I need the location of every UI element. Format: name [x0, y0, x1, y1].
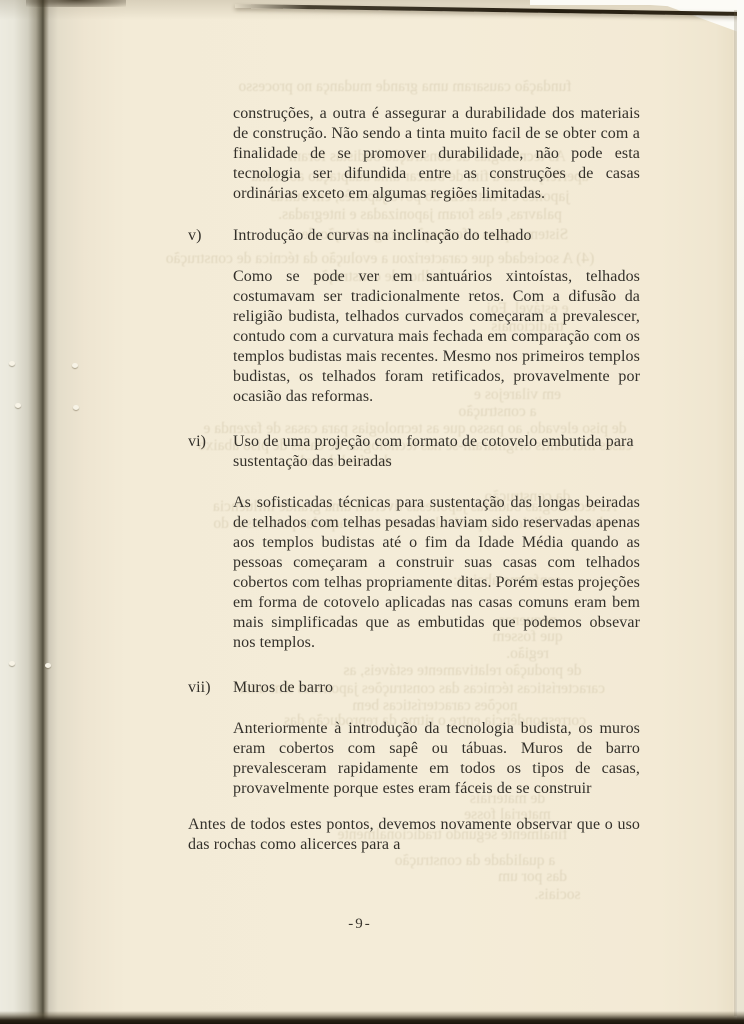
- item-content: Uso de uma projeção com formato de cotov…: [233, 432, 640, 653]
- item-content: Muros de barro Anteriormente à introduçã…: [233, 678, 640, 799]
- item-body: As sofisticadas técnicas para sustentaçã…: [233, 493, 640, 653]
- item-heading: Introdução de curvas na inclinação do te…: [233, 226, 640, 246]
- intro-paragraph: construções, a outra é assegurar a durab…: [233, 104, 640, 204]
- section-item-vi: vi) Uso de uma projeção com formato de c…: [188, 432, 640, 653]
- section-item-vii: vii) Muros de barro Anteriormente à intr…: [188, 678, 640, 799]
- section-item-v: v) Introdução de curvas na inclinação do…: [188, 226, 640, 407]
- closing-paragraph: Antes de todos estes pontos, devemos nov…: [188, 815, 640, 855]
- binding-hole: [9, 661, 15, 666]
- item-content: Introdução de curvas na inclinação do te…: [233, 226, 640, 407]
- page-right-edge: [737, 0, 744, 1024]
- binding-hole: [72, 363, 78, 368]
- ghost-line: das por um: [430, 868, 635, 886]
- binding-hole: [9, 361, 15, 366]
- item-marker: vi): [188, 432, 233, 653]
- item-heading: Uso de uma projeção com formato de cotov…: [233, 432, 640, 472]
- page-body: construções, a outra é assegurar a durab…: [188, 104, 640, 855]
- item-body: Anteriormente à introdução da tecnologia…: [233, 719, 640, 799]
- ghost-line: fundação causaram uma grande mudança no …: [170, 78, 640, 96]
- binding-hole: [73, 405, 79, 410]
- binding-hole: [45, 663, 51, 668]
- binding-hole: [15, 403, 21, 408]
- item-body: Como se pode ver em santuários xintoísta…: [233, 267, 640, 407]
- page-number: -9-: [312, 916, 408, 933]
- page-bottom-edge: [0, 1011, 744, 1024]
- item-heading: Muros de barro: [233, 678, 640, 698]
- item-marker: vii): [188, 678, 233, 799]
- item-marker: v): [188, 226, 233, 407]
- ghost-line: sociais.: [480, 886, 635, 904]
- book-page: fundação causaram uma grande mudança no …: [0, 0, 744, 1024]
- gutter-top-shadow: [26, 0, 126, 7]
